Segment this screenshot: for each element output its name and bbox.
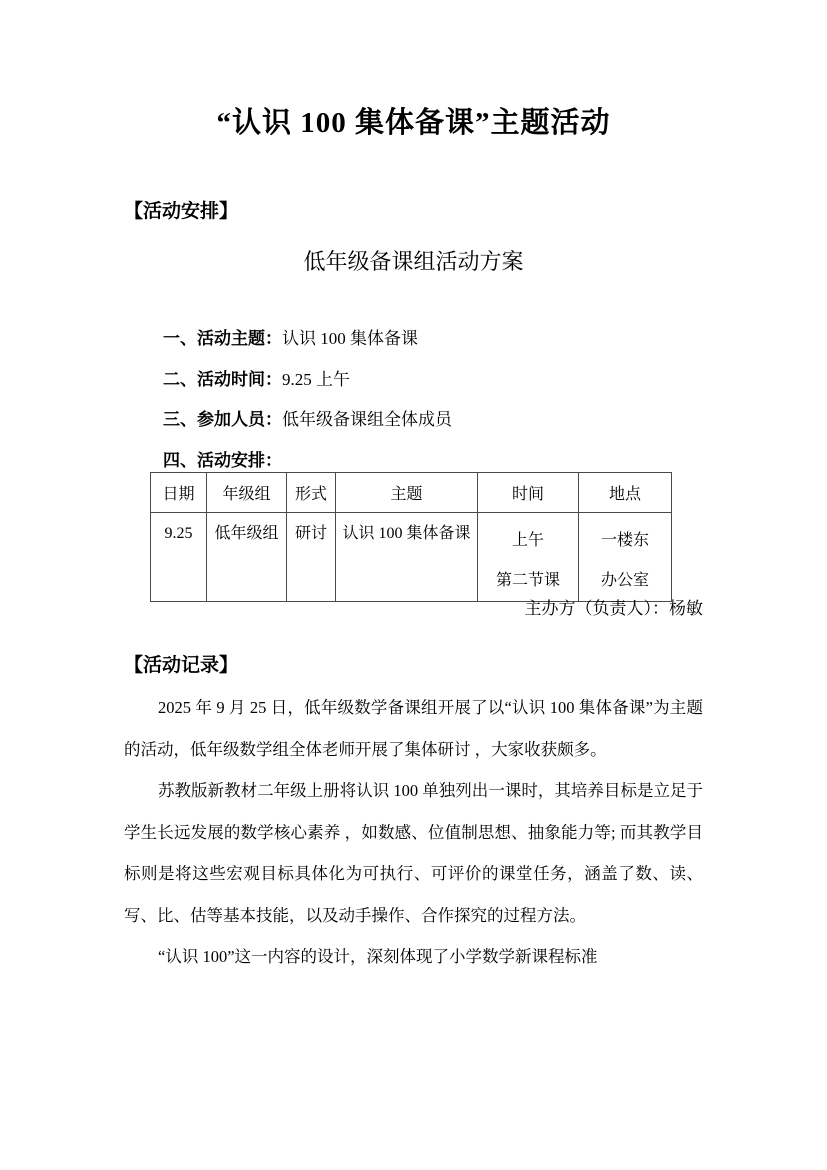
list-item-participants-label: 三、参加人员： bbox=[163, 410, 282, 429]
header-cell-topic: 主题 bbox=[336, 473, 478, 513]
cell-grade-group: 低年级组 bbox=[207, 513, 287, 602]
list-item-participants-value: 低年级备课组全体成员 bbox=[282, 410, 452, 429]
list-item-time: 二、活动时间：9.25 上午 bbox=[163, 360, 723, 401]
table-header-row: 日期 年级组 形式 主题 时间 地点 bbox=[151, 473, 672, 513]
schedule-table-container: 日期 年级组 形式 主题 时间 地点 9.25 低年级组 研讨 认识 100 集… bbox=[150, 472, 672, 602]
header-cell-location: 地点 bbox=[579, 473, 672, 513]
list-item-schedule-label: 四、活动安排： bbox=[163, 451, 282, 470]
section-heading-record: 【活动记录】 bbox=[124, 650, 238, 677]
table-row: 9.25 低年级组 研讨 认识 100 集体备课 上午 第二节课 一楼东 办公室 bbox=[151, 513, 672, 602]
plan-title: 低年级备课组活动方案 bbox=[0, 245, 827, 276]
organizer-line: 主办方（负责人）：杨敏 bbox=[124, 594, 703, 619]
schedule-table: 日期 年级组 形式 主题 时间 地点 9.25 低年级组 研讨 认识 100 集… bbox=[150, 472, 672, 602]
list-item-time-label: 二、活动时间： bbox=[163, 370, 282, 389]
record-paragraph-2: 苏教版新教材二年级上册将认识 100 单独列出一课时，其培养目标是立足于学生长远… bbox=[124, 770, 703, 936]
record-paragraph-3: “认识 100”这一内容的设计，深刻体现了小学数学新课程标准 bbox=[124, 936, 703, 978]
list-item-theme-value: 认识 100 集体备课 bbox=[282, 329, 418, 348]
cell-topic: 认识 100 集体备课 bbox=[336, 513, 478, 602]
cell-time: 上午 第二节课 bbox=[478, 513, 579, 602]
arrangement-list: 一、活动主题：认识 100 集体备课 二、活动时间：9.25 上午 三、参加人员… bbox=[163, 319, 723, 481]
cell-date: 9.25 bbox=[151, 513, 207, 602]
record-body: 2025 年 9 月 25 日，低年级数学备课组开展了以“认识 100 集体备课… bbox=[124, 687, 703, 978]
section-heading-arrangement: 【活动安排】 bbox=[124, 196, 238, 223]
cell-time-line-1: 上午 bbox=[478, 521, 578, 561]
list-item-theme-label: 一、活动主题： bbox=[163, 329, 282, 348]
list-item-time-value: 9.25 上午 bbox=[282, 370, 350, 389]
document-page: “认识 100 集体备课”主题活动 【活动安排】 低年级备课组活动方案 一、活动… bbox=[0, 0, 827, 1170]
header-cell-grade-group: 年级组 bbox=[207, 473, 287, 513]
header-cell-date: 日期 bbox=[151, 473, 207, 513]
header-cell-time: 时间 bbox=[478, 473, 579, 513]
cell-location-line-1: 一楼东 bbox=[579, 521, 671, 561]
document-title: “认识 100 集体备课”主题活动 bbox=[0, 100, 827, 141]
cell-location: 一楼东 办公室 bbox=[579, 513, 672, 602]
cell-format: 研讨 bbox=[287, 513, 336, 602]
list-item-theme: 一、活动主题：认识 100 集体备课 bbox=[163, 319, 723, 360]
header-cell-format: 形式 bbox=[287, 473, 336, 513]
record-paragraph-1: 2025 年 9 月 25 日，低年级数学备课组开展了以“认识 100 集体备课… bbox=[124, 687, 703, 770]
list-item-participants: 三、参加人员：低年级备课组全体成员 bbox=[163, 400, 723, 441]
